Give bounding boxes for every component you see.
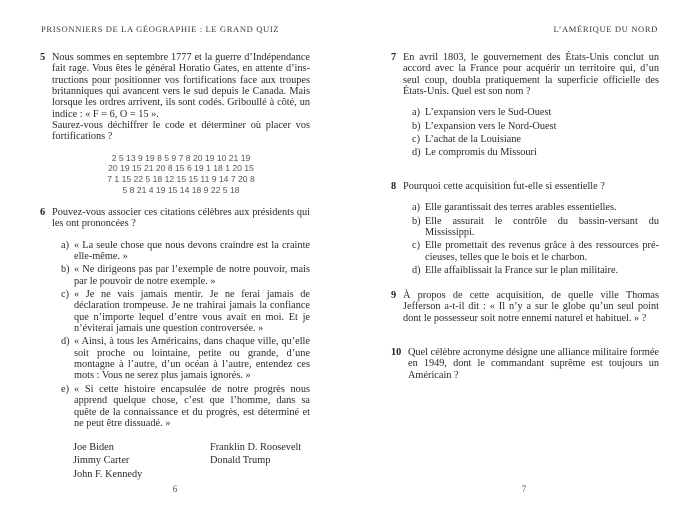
answer-option-b: b) L’expansion vers le Nord-Ouest [412,121,659,132]
option-text: Elle affaiblissait la France sur le plan… [425,265,618,276]
question-text: Pourquoi cette acquisition fut-elle si e… [403,181,659,192]
option-label: c) [412,240,420,251]
option-text: L’expansion vers le Sud-Ouest [425,107,551,118]
question-text: Pouvez-vous associer ces citations célèb… [52,207,310,230]
option-text: Elle garantissait des terres arables ess… [425,202,617,213]
president-names: Joe Biden Franklin D. Roosevelt Jimmy Ca… [73,442,310,480]
cipher-line: 20 19 15 21 20 8 15 6 19 1 18 1 20 15 [52,163,310,174]
option-text: « Je ne vais jamais mentir. Je ne ferai … [74,289,310,334]
option-label: c) [61,289,69,300]
answer-option-a: a) « La seule chose que nous devons crai… [61,240,310,263]
option-label: a) [412,107,420,118]
cipher-line: 5 8 21 4 19 15 14 18 9 22 5 18 [52,185,310,196]
question-8: 8 Pourquoi cette acquisition fut-elle si… [391,181,659,278]
question-number: 10 [391,347,401,358]
option-text: « Si cette histoire encapsulée de notre … [74,384,310,429]
answer-option-a: a) L’expansion vers le Sud-Ouest [412,107,659,118]
question-number: 9 [391,290,396,301]
page-number-left: 6 [165,484,185,494]
question-number: 5 [40,52,45,63]
president-name: Franklin D. Roosevelt [210,442,330,454]
page-number-right: 7 [514,484,534,494]
option-label: b) [412,216,421,227]
question-number: 7 [391,52,396,63]
option-text: « Ne dirigeons pas par l’exemple de notr… [74,264,310,286]
answer-option-a: a) Elle garantissait des terres arables … [412,202,659,213]
cipher-code: 2 5 13 9 19 8 5 9 7 8 20 19 10 21 19 20 … [52,153,310,195]
question-number: 8 [391,181,396,192]
answer-option-e: e) « Si cette histoire encapsulée de not… [61,384,310,429]
option-label: c) [412,134,420,145]
cipher-line: 2 5 13 9 19 8 5 9 7 8 20 19 10 21 19 [52,153,310,164]
president-name: John F. Kennedy [73,469,210,481]
question-text: En avril 1803, le gouvernement des États… [403,52,659,97]
option-label: e) [61,384,69,395]
option-label: d) [61,336,70,347]
right-page: L’AMÉRIQUE DU NORD 7 En avril 1803, le g… [350,0,700,519]
question-text: Quel célèbre acronyme désigne une allian… [408,347,659,381]
option-text: « La seule chose que nous devons craindr… [74,240,310,262]
option-label: a) [61,240,69,251]
answer-option-b: b) Elle assurait le contrôle du bassin-v… [412,216,659,239]
question-prompt: Saurez-vous déchiffrer le code et déterm… [52,120,310,143]
answer-option-c: c) « Je ne vais jamais mentir. Je ne fer… [61,289,310,334]
question-6: 6 Pouvez-vous associer ces citations cél… [40,207,310,481]
question-10: 10 Quel célèbre acronyme désigne une all… [391,347,659,381]
book-spread: PRISONNIERS DE LA GÉOGRAPHIE : LE GRAND … [0,0,700,519]
president-name: Donald Trump [210,455,330,467]
cipher-line: 7 1 15 22 5 18 12 15 15 11 9 14 7 20 8 [52,174,310,185]
answer-option-c: c) L’achat de la Louisiane [412,134,659,145]
question-number: 6 [40,207,45,218]
option-text: Elle promettait des revenus grâce à des … [425,240,659,262]
answer-option-d: d) Le compromis du Missouri [412,147,659,158]
answer-option-d: d) Elle affaiblissait la France sur le p… [412,265,659,276]
question-7: 7 En avril 1803, le gouvernement des Éta… [391,52,659,161]
answer-option-d: d) « Ainsi, à tous les Américains, dans … [61,336,310,381]
left-page: PRISONNIERS DE LA GÉOGRAPHIE : LE GRAND … [0,0,350,519]
option-text: L’expansion vers le Nord-Ouest [425,121,556,132]
option-text: Le compromis du Missouri [425,147,537,158]
answer-options: a) L’expansion vers le Sud-Ouest b) L’ex… [412,107,659,158]
answer-option-b: b) « Ne dirigeons pas par l’exemple de n… [61,264,310,287]
option-label: b) [412,121,421,132]
option-label: d) [412,265,421,276]
option-label: b) [61,264,70,275]
question-5: 5 Nous sommes en septembre 1777 et la gu… [40,52,310,195]
question-text: À propos de cette acquisition, de quelle… [403,290,659,324]
option-text: Elle assurait le contrôle du bassin-vers… [425,216,659,238]
running-head-left: PRISONNIERS DE LA GÉOGRAPHIE : LE GRAND … [41,24,279,34]
option-text: L’achat de la Louisiane [425,134,521,145]
running-head-right: L’AMÉRIQUE DU NORD [553,24,658,34]
question-text: Nous sommes en septembre 1777 et la guer… [52,52,310,120]
option-text: « Ainsi, à tous les Américains, dans cha… [74,336,310,381]
answer-option-c: c) Elle promettait des revenus grâce à d… [412,240,659,263]
president-name: Joe Biden [73,442,210,454]
president-name: Jimmy Carter [73,455,210,467]
question-9: 9 À propos de cette acquisition, de quel… [391,290,659,324]
option-label: a) [412,202,420,213]
answer-options: a) Elle garantissait des terres arables … [412,202,659,276]
answer-options: a) « La seule chose que nous devons crai… [61,240,310,430]
option-label: d) [412,147,421,158]
